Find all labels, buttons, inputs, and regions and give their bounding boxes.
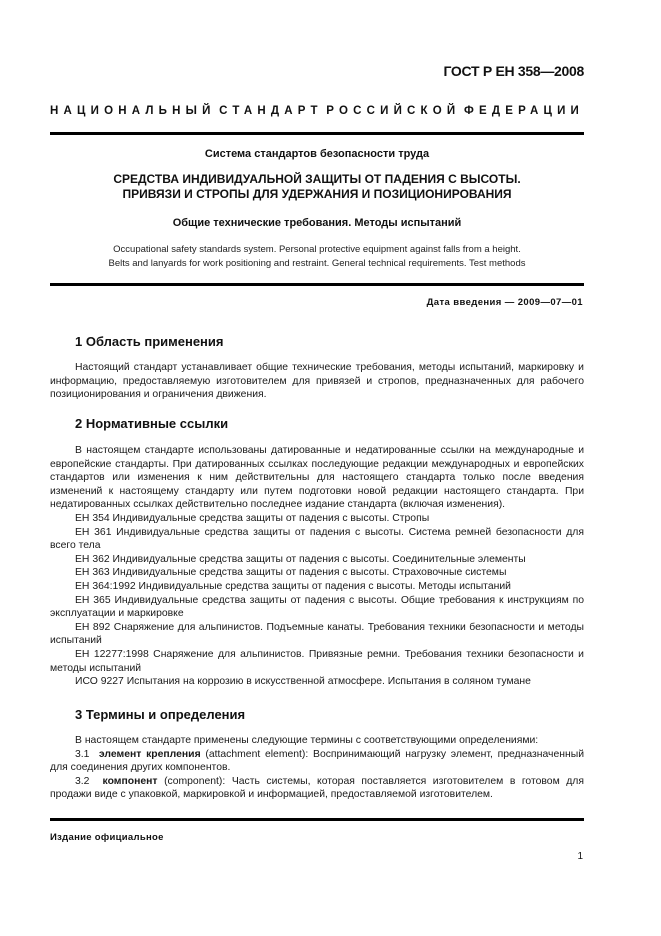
term-name: элемент крепления: [99, 749, 201, 760]
section-1-heading: 1 Область применения: [75, 334, 224, 349]
reference-item: ЕН 363 Индивидуальные средства защиты от…: [50, 566, 584, 580]
english-title-line: Occupational safety standards system. Pe…: [50, 243, 584, 257]
term-english: (component):: [164, 776, 225, 787]
title-line: СРЕДСТВА ИНДИВИДУАЛЬНОЙ ЗАЩИТЫ ОТ ПАДЕНИ…: [50, 172, 584, 187]
page-number: 1: [577, 851, 583, 862]
footer-rule: [50, 818, 584, 821]
paragraph: Настоящий стандарт устанавливает общие т…: [50, 361, 584, 402]
banner-word: ФЕДЕРАЦИИ: [464, 105, 584, 117]
introduction-date: Дата введения — 2009—07—01: [427, 297, 583, 308]
top-rule: [50, 132, 584, 135]
document-code: ГОСТ Р ЕН 358—2008: [443, 63, 584, 79]
english-title: Occupational safety standards system. Pe…: [50, 243, 584, 271]
reference-item: ЕН 365 Индивидуальные средства защиты от…: [50, 594, 584, 621]
reference-item: ЕН 892 Снаряжение для альпинистов. Подъе…: [50, 621, 584, 648]
paragraph: В настоящем стандарте применены следующи…: [50, 734, 584, 748]
term-english: (attachment element):: [205, 749, 308, 760]
term-number: 3.1: [75, 749, 89, 760]
title-line: ПРИВЯЗИ И СТРОПЫ ДЛЯ УДЕРЖАНИЯ И ПОЗИЦИО…: [50, 187, 584, 202]
reference-item: ЕН 12277:1998 Снаряжение для альпинистов…: [50, 648, 584, 675]
term-definition: 3.2 компонент (component): Часть системы…: [50, 775, 584, 802]
official-edition-label: Издание официальное: [50, 832, 164, 843]
national-standard-banner: НАЦИОНАЛЬНЫЙ СТАНДАРТ РОССИЙСКОЙ ФЕДЕРАЦ…: [50, 105, 584, 117]
section-3-heading: 3 Термины и определения: [75, 707, 245, 722]
reference-item: ИСО 9227 Испытания на коррозию в искусст…: [50, 675, 584, 689]
reference-item: ЕН 354 Индивидуальные средства защиты от…: [50, 512, 584, 526]
reference-item: ЕН 361 Индивидуальные средства защиты от…: [50, 526, 584, 553]
section-3-body: В настоящем стандарте применены следующи…: [50, 734, 584, 802]
document-title: СРЕДСТВА ИНДИВИДУАЛЬНОЙ ЗАЩИТЫ ОТ ПАДЕНИ…: [50, 172, 584, 202]
term-name: компонент: [103, 776, 158, 787]
term-definition: 3.1 элемент крепления (attachment elemen…: [50, 748, 584, 775]
banner-word: РОССИЙСКОЙ: [326, 105, 460, 117]
reference-item: ЕН 364:1992 Индивидуальные средства защи…: [50, 580, 584, 594]
series-title: Система стандартов безопасности труда: [50, 148, 584, 160]
reference-item: ЕН 362 Индивидуальные средства защиты от…: [50, 553, 584, 567]
section-2-heading: 2 Нормативные ссылки: [75, 416, 228, 431]
section-2-body: В настоящем стандарте использованы датир…: [50, 444, 584, 689]
banner-word: СТАНДАРТ: [219, 105, 323, 117]
paragraph: В настоящем стандарте использованы датир…: [50, 444, 584, 512]
section-1-body: Настоящий стандарт устанавливает общие т…: [50, 361, 584, 402]
title-rule: [50, 283, 584, 286]
banner-word: НАЦИОНАЛЬНЫЙ: [50, 105, 216, 117]
document-subtitle: Общие технические требования. Методы исп…: [50, 217, 584, 229]
english-title-line: Belts and lanyards for work positioning …: [50, 257, 584, 271]
term-number: 3.2: [75, 776, 89, 787]
